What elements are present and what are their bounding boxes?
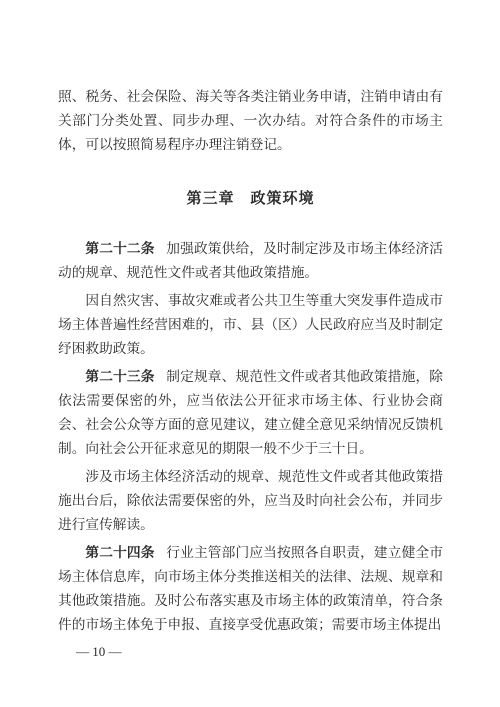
paragraph-continuation: 照、税务、社会保险、海关等各类注销业务申请，注销申请由有关部门分类处置、同步办理… xyxy=(58,85,443,157)
article-22-paragraph: 第二十二条加强政策供给，及时制定涉及市场主体经济活动的规章、规范性文件或者其他政… xyxy=(58,237,443,285)
article-24-paragraph: 第二十四条行业主管部门应当按照各自职责，建立健全市场主体信息库，向市场主体分类推… xyxy=(58,541,443,637)
paragraph-policy-publicity: 涉及市场主体经济活动的规章、规范性文件或者其他政策措施出台后，除依法需要保密的外… xyxy=(58,465,443,537)
article-22-number: 第二十二条 xyxy=(85,241,154,256)
chapter-heading: 第三章 政策环境 xyxy=(58,186,443,212)
page-number: — 10 — xyxy=(58,641,443,663)
article-23-number: 第二十三条 xyxy=(85,369,154,384)
paragraph-disaster-relief: 因自然灾害、事故灾难或者公共卫生等重大突发事件造成市场主体普遍性经营困难的，市、… xyxy=(58,289,443,361)
article-24-number: 第二十四条 xyxy=(85,545,154,560)
document-page: 照、税务、社会保险、海关等各类注销业务申请，注销申请由有关部门分类处置、同步办理… xyxy=(0,0,500,707)
article-23-paragraph: 第二十三条制定规章、规范性文件或者其他政策措施，除依法需要保密的外，应当依法公开… xyxy=(58,365,443,461)
